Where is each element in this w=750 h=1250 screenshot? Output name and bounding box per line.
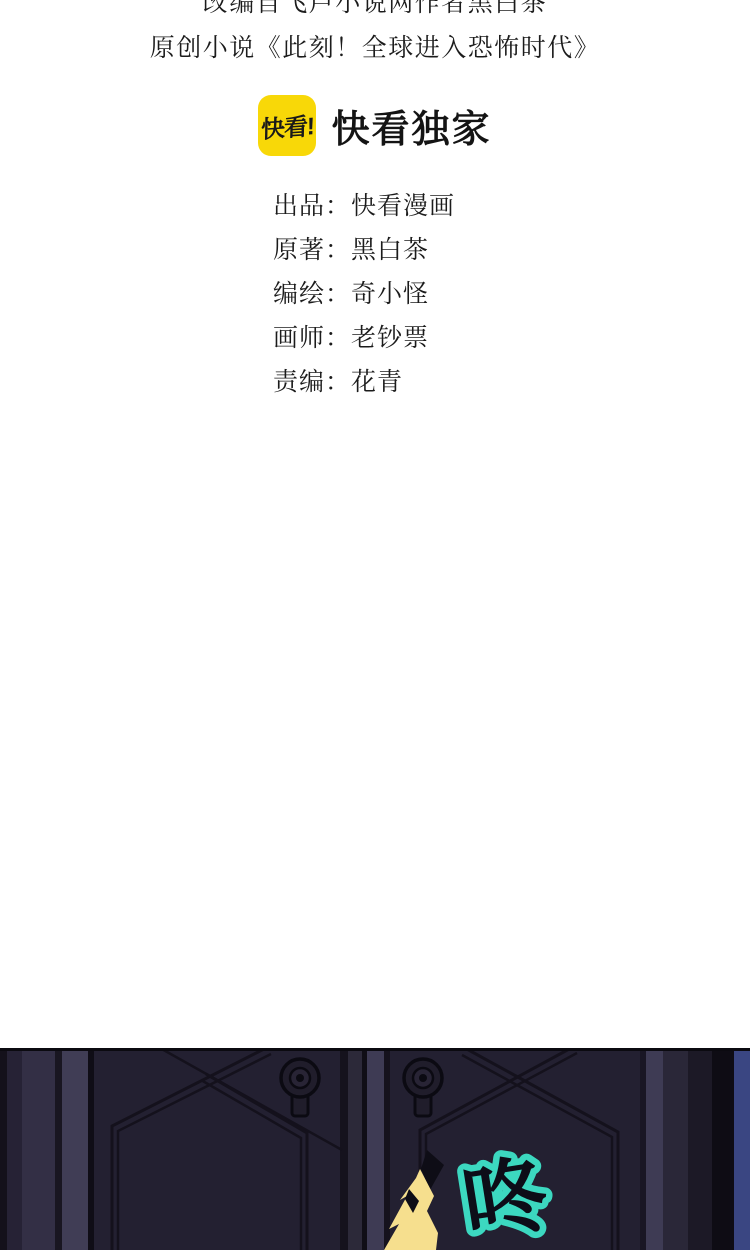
original-novel-line: 原创小说《此刻！全球进入恐怖时代》 xyxy=(0,28,750,64)
brand-exclusive-label: 快看独家 xyxy=(331,98,491,153)
credit-line-adapter: 编绘：奇小怪 xyxy=(273,272,455,316)
door-frame-left xyxy=(0,1048,94,1250)
door-frame-right xyxy=(640,1048,750,1250)
adaptation-credit-line: 改编自飞卢小说网作者黑白茶 xyxy=(0,0,750,19)
credit-line-editor: 责编：花青 xyxy=(273,360,455,404)
panel-top-line xyxy=(0,1048,750,1051)
credits-block: 出品：快看漫画 原著：黑白茶 编绘：奇小怪 画师：老钞票 责编：花青 xyxy=(273,184,455,404)
blue-wall-strip xyxy=(734,1048,750,1250)
credit-line-original-author: 原著：黑白茶 xyxy=(273,228,455,272)
kuaikan-logo-text: 快看! xyxy=(261,106,314,145)
credit-line-artist: 画师：老钞票 xyxy=(273,316,455,360)
kuaikan-brand-row: 快看! 快看独家 xyxy=(0,95,750,156)
door-scene: 咚 xyxy=(0,1048,750,1250)
credit-line-publisher: 出品：快看漫画 xyxy=(273,184,455,228)
knock-sfx-text: 咚 xyxy=(456,1144,554,1250)
door-gap-center xyxy=(340,1048,390,1250)
comic-panel: 咚 xyxy=(0,1048,750,1250)
kuaikan-logo-badge: 快看! xyxy=(258,95,316,156)
